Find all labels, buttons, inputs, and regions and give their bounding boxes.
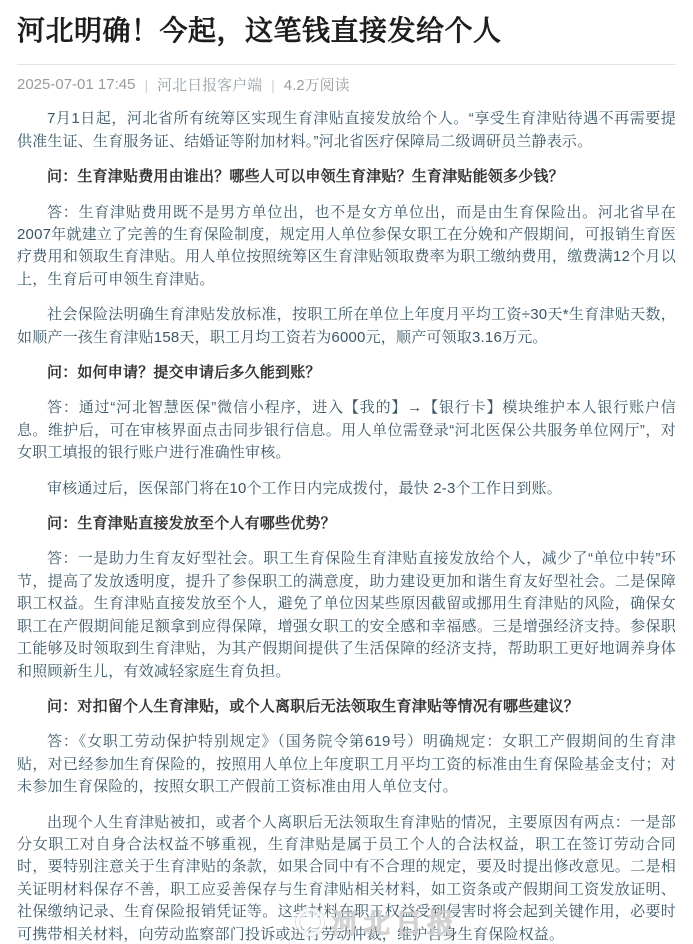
body-paragraph: 答：《女职工劳动保护特别规定》（国务院令第619号）明确规定：女职工产假期间的生…	[17, 731, 676, 798]
body-paragraph: 7月1日起，河北省所有统筹区实现生育津贴直接发放给个人。“享受生育津贴待遇不再需…	[17, 108, 676, 153]
read-count: 4.2万阅读	[284, 74, 350, 95]
body-paragraph: 答：生育津贴费用既不是男方单位出，也不是女方单位出，而是由生育保险出。河北省早在…	[17, 202, 676, 292]
article-page: 河北明确！今起，这笔钱直接发给个人 2025-07-01 17:45 | 河北日…	[0, 0, 693, 944]
meta-separator: |	[271, 77, 275, 93]
question-paragraph: 问：生育津贴直接发放至个人有哪些优势？	[17, 513, 676, 535]
publish-timestamp: 2025-07-01 17:45	[17, 76, 135, 93]
article-body: 7月1日起，河北省所有统筹区实现生育津贴直接发放给个人。“享受生育津贴待遇不再需…	[17, 108, 676, 944]
meta-separator: |	[144, 77, 148, 93]
question-paragraph: 问：对扣留个人生育津贴，或个人离职后无法领取生育津贴等情况有哪些建议？	[17, 696, 676, 718]
body-paragraph: 社会保险法明确生育津贴发放标准，按职工所在单位上年度月平均工资÷30天*生育津贴…	[17, 304, 676, 349]
question-paragraph: 问：如何申请？提交申请后多久能到账？	[17, 362, 676, 384]
article-meta: 2025-07-01 17:45 | 河北日报客户端 | 4.2万阅读	[17, 65, 676, 95]
body-paragraph: 答：通过“河北智慧医保”微信小程序，进入【我的】→【银行卡】模块维护本人银行账户…	[17, 397, 676, 464]
body-paragraph: 审核通过后，医保部门将在10个工作日内完成拨付，最快 2-3个工作日到账。	[17, 478, 676, 500]
question-paragraph: 问：生育津贴费用由谁出？哪些人可以申领生育津贴？生育津贴能领多少钱？	[17, 166, 676, 188]
source-link[interactable]: 河北日报客户端	[157, 74, 262, 95]
body-paragraph: 出现个人生育津贴被扣，或者个人离职后无法领取生育津贴的情况，主要原因有两点：一是…	[17, 812, 676, 944]
page-title: 河北明确！今起，这笔钱直接发给个人	[17, 0, 676, 64]
body-paragraph: 答：一是助力生育友好型社会。职工生育保险生育津贴直接发放给个人，减少了“单位中转…	[17, 548, 676, 682]
